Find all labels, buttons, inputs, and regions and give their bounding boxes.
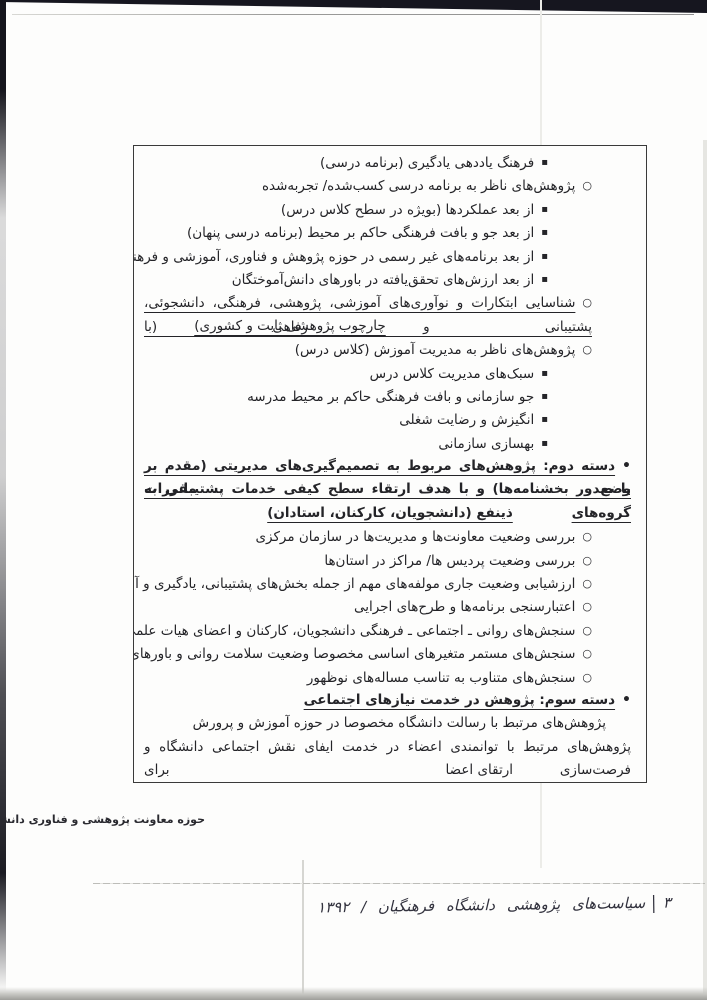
list-line: •دسته دوم: پژوهش‌های مربوط به تصمیم‌گیری… [144, 455, 636, 478]
disc-bullet-icon: • [622, 455, 631, 478]
square-bullet-icon: ▪ [541, 385, 548, 408]
list-line: ○ارزشیابی وضعیت جاری مولفه‌های مهم از جم… [144, 572, 636, 595]
list-line: ○سنجش‌های روانی ـ اجتماعی ـ فرهنگی دانشج… [144, 619, 636, 642]
line-text: سنجش‌های متناوب به تناسب مساله‌های نوظهو… [307, 670, 576, 686]
line-text: فرهنگ یاددهی یادگیری (برنامه درسی) [320, 155, 534, 171]
line-text: ارتقای اعضا [446, 762, 513, 778]
square-bullet-icon: ▪ [541, 432, 548, 455]
footer-divider-rule [93, 883, 705, 884]
line-text: ارزشیابی وضعیت جاری مولفه‌های مهم از جمل… [133, 576, 575, 592]
circle-bullet-icon: ○ [582, 572, 592, 595]
scan-top-edge-shadow [0, 0, 707, 14]
line-text: بهسازی سازمانی [438, 436, 534, 452]
list-line: ○سنجش‌های متناوب به تناسب مساله‌های نوظه… [144, 666, 636, 689]
circle-bullet-icon: ○ [582, 174, 592, 197]
circle-bullet-icon: ○ [582, 666, 592, 689]
scan-top-edge-line [12, 14, 694, 15]
square-bullet-icon: ▪ [541, 362, 548, 385]
line-text: از بعد جو و بافت فرهنگی حاکم بر محیط (بر… [187, 225, 534, 241]
list-line: ▪انگیزش و رضایت شغلی [144, 408, 636, 431]
department-note: حوزه معاونت پژوهشی و فناوری دانشگاه [55, 813, 205, 826]
circle-bullet-icon: ○ [582, 595, 592, 618]
line-text: انگیزش و رضایت شغلی [399, 412, 534, 428]
list-line: چارچوب پژوهشی ثابت و کشوری) [144, 315, 636, 338]
list-line: ▪از بعد جو و بافت فرهنگی حاکم بر محیط (ب… [144, 221, 636, 244]
circle-bullet-icon: ○ [582, 525, 592, 548]
line-text: بررسی وضعیت پردیس ها/ مراکز در استان‌ها [324, 553, 575, 569]
line-text: از بعد برنامه‌های غیر رسمی در حوزه پژوهش… [133, 249, 534, 265]
square-bullet-icon: ▪ [541, 408, 548, 431]
list-line: ○شناسایی ابتکارات و نوآوری‌های آموزشی، پ… [144, 291, 636, 314]
scan-right-edge-shadow [703, 140, 707, 1000]
line-text: پژوهش‌های ناظر به برنامه درسی کسب‌شده/ ت… [262, 178, 575, 194]
list-line: ▪جو سازمانی و بافت فرهنگی حاکم بر محیط م… [144, 385, 636, 408]
list-line: ○پژوهش‌های ناظر به مدیریت آموزش (کلاس در… [144, 338, 636, 361]
square-bullet-icon: ▪ [541, 245, 548, 268]
list-line: ○پژوهش‌های ناظر به برنامه درسی کسب‌شده/ … [144, 174, 636, 197]
line-text: از بعد ارزش‌های تحقق‌یافته در باورهای دا… [232, 272, 534, 288]
scan-bottom-edge-shadow [0, 987, 707, 1000]
circle-bullet-icon: ○ [582, 619, 592, 642]
square-bullet-icon: ▪ [541, 268, 548, 291]
list-line: ▪سبک‌های مدیریت کلاس درس [144, 362, 636, 385]
circle-bullet-icon: ○ [582, 642, 592, 665]
square-bullet-icon: ▪ [541, 151, 548, 174]
circle-bullet-icon: ○ [582, 338, 592, 361]
list-line: ▪از بعد عملکردها (بویژه در سطح کلاس درس) [144, 198, 636, 221]
list-line: ▪بهسازی سازمانی [144, 432, 636, 455]
handwritten-footer: ۳|سیاست‌های پژوهشی دانشگاه فرهنگیان / ۱۳… [317, 894, 671, 917]
disc-bullet-icon: • [622, 689, 631, 712]
line-text: از بعد عملکردها (بویژه در سطح کلاس درس) [281, 202, 534, 218]
line-text: پژوهش‌های مرتبط با رسالت دانشگاه مخصوصا … [193, 715, 606, 731]
square-bullet-icon: ▪ [541, 221, 548, 244]
list-line: ذینفع (دانشجویان، کارکنان، استادان) [144, 502, 636, 525]
list-line: ○بررسی وضعیت پردیس ها/ مراکز در استان‌ها [144, 549, 636, 572]
list-line: •دسته سوم: پژوهش در خدمت نیازهای اجتماعی [144, 689, 636, 712]
circle-bullet-icon: ○ [582, 291, 592, 314]
list-line: یا صدور بخشنامه‌ها) و با هدف ارتقاء سطح … [144, 478, 636, 501]
page-number: ۳ [663, 894, 671, 912]
line-text: سنجش‌های مستمر متغیرهای اساسی مخصوصا وضع… [133, 646, 575, 662]
line-text: بررسی وضعیت معاونت‌ها و مدیریت‌ها در ساز… [255, 529, 575, 545]
list-lines: ▪فرهنگ یاددهی یادگیری (برنامه درسی)○پژوه… [144, 151, 636, 783]
line-text: چارچوب پژوهشی ثابت و کشوری) [194, 318, 386, 334]
list-line: ▪از بعد برنامه‌های غیر رسمی در حوزه پژوه… [144, 245, 636, 268]
circle-bullet-icon: ○ [582, 549, 592, 572]
policy-list-box: ▪فرهنگ یاددهی یادگیری (برنامه درسی)○پژوه… [133, 145, 647, 783]
scanned-document-page: ▪فرهنگ یاددهی یادگیری (برنامه درسی)○پژوه… [0, 0, 707, 1000]
line-text: دسته سوم: پژوهش در خدمت نیازهای اجتماعی [304, 692, 615, 708]
line-text: اعتبارسنجی برنامه‌ها و طرح‌های اجرایی [354, 599, 575, 615]
line-text: جو سازمانی و بافت فرهنگی حاکم بر محیط مد… [247, 389, 534, 405]
list-line: ○اعتبارسنجی برنامه‌ها و طرح‌های اجرایی [144, 595, 636, 618]
page-number-divider: | [651, 892, 657, 914]
line-text: پژوهش‌های ناظر به مدیریت آموزش (کلاس درس… [295, 342, 576, 358]
list-line: ارتقای اعضا [144, 759, 636, 782]
line-text: ذینفع (دانشجویان، کارکنان، استادان) [267, 505, 513, 521]
list-line: ○بررسی وضعیت معاونت‌ها و مدیریت‌ها در سا… [144, 525, 636, 548]
list-line: ▪از بعد ارزش‌های تحقق‌یافته در باورهای د… [144, 268, 636, 291]
line-text: سنجش‌های روانی ـ اجتماعی ـ فرهنگی دانشجو… [133, 623, 575, 639]
list-line: ▪فرهنگ یاددهی یادگیری (برنامه درسی) [144, 151, 636, 174]
list-line: ○سنجش‌های مستمر متغیرهای اساسی مخصوصا وض… [144, 642, 636, 665]
square-bullet-icon: ▪ [541, 198, 548, 221]
paper-crease-line-lower [302, 860, 304, 1000]
scan-left-edge-shadow [0, 0, 6, 992]
list-line: پژوهش‌های مرتبط با رسالت دانشگاه مخصوصا … [144, 712, 636, 735]
list-line: پژوهش‌های مرتبط با توانمندی اعضاء در خدم… [144, 736, 636, 759]
document-title-handwritten: سیاست‌های پژوهشی دانشگاه فرهنگیان / ۱۳۹۲ [317, 894, 645, 917]
line-text: سبک‌های مدیریت کلاس درس [370, 366, 535, 382]
